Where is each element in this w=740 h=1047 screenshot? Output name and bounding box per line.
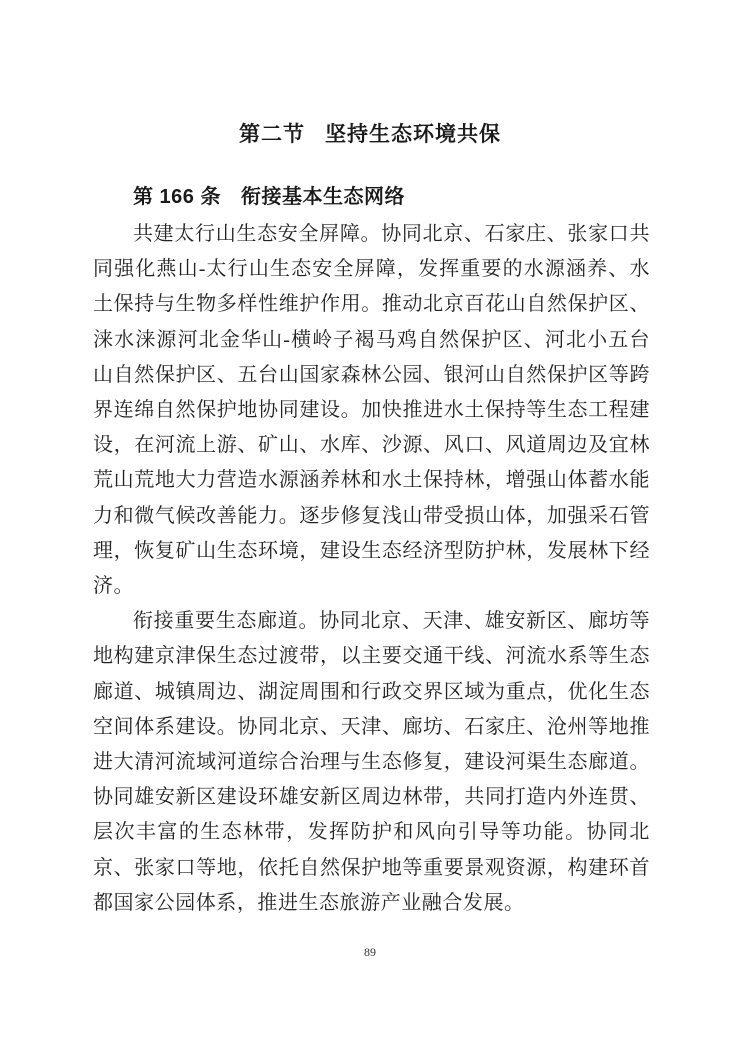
page-number: 89 bbox=[364, 945, 376, 959]
section-title-text: 坚持生态环境共保 bbox=[325, 123, 501, 146]
article-number: 第 166 条 bbox=[133, 186, 221, 208]
page-footer: 89 bbox=[0, 943, 740, 961]
section-heading: 第二节坚持生态环境共保 bbox=[0, 123, 740, 147]
paragraph-2: 衔接重要生态廊道。协同北京、天津、雄安新区、廊坊等地构建京津保生态过渡带，以主要… bbox=[93, 604, 650, 921]
paragraph-1: 共建太行山生态安全屏障。协同北京、石家庄、张家口共同强化燕山-太行山生态安全屏障… bbox=[93, 217, 650, 604]
article-heading: 第 166 条衔接基本生态网络 bbox=[93, 185, 650, 209]
document-page: 第二节坚持生态环境共保 第 166 条衔接基本生态网络 共建太行山生态安全屏障。… bbox=[0, 0, 740, 1047]
section-number: 第二节 bbox=[239, 123, 305, 146]
article-title-text: 衔接基本生态网络 bbox=[241, 186, 405, 208]
article-body: 共建太行山生态安全屏障。协同北京、石家庄、张家口共同强化燕山-太行山生态安全屏障… bbox=[93, 217, 650, 921]
